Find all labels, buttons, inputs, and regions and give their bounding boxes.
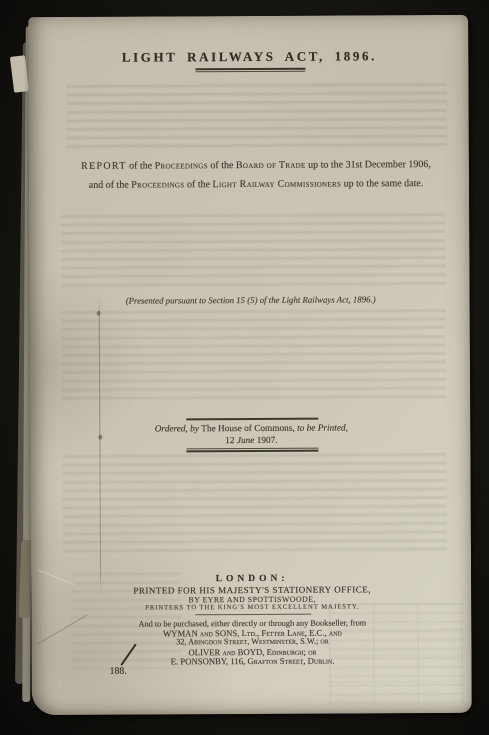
stitch-hole [97,311,101,316]
bleed-through-text [62,453,447,555]
report-heading: REPORT of the Proceedings of the Board o… [63,156,449,195]
presented-pursuant-note: (Presented pursuant to Section 15 (5) of… [32,294,470,306]
document-title: LIGHT RAILWAYS ACT, 1896. [30,48,468,66]
bookseller-line: E. PONSONBY, 116, Grafton Street, Dublin… [34,654,472,666]
bleed-through-text [62,309,446,405]
paper-number: 188. [110,666,127,677]
bleed-through-text [67,83,447,153]
order-rule-bottom [186,447,318,452]
scanned-document-page: LIGHT RAILWAYS ACT, 1896. REPORT of the … [28,15,472,715]
imprint-printer-line3: PRINTERS TO THE KING'S MOST EXCELLENT MA… [33,602,471,611]
title-rule [195,68,305,73]
imprint-rule [195,613,311,615]
order-date-line: 12 June 1907. [32,435,470,447]
order-to-print-line: Ordered, by The House of Commons, to be … [32,423,470,435]
bleed-through-text [61,213,445,289]
report-heading-line2: and of the Proceedings of the Light Rail… [63,174,449,195]
order-rule-top [186,418,318,421]
report-heading-line1: REPORT of the Proceedings of the Board o… [63,156,449,177]
